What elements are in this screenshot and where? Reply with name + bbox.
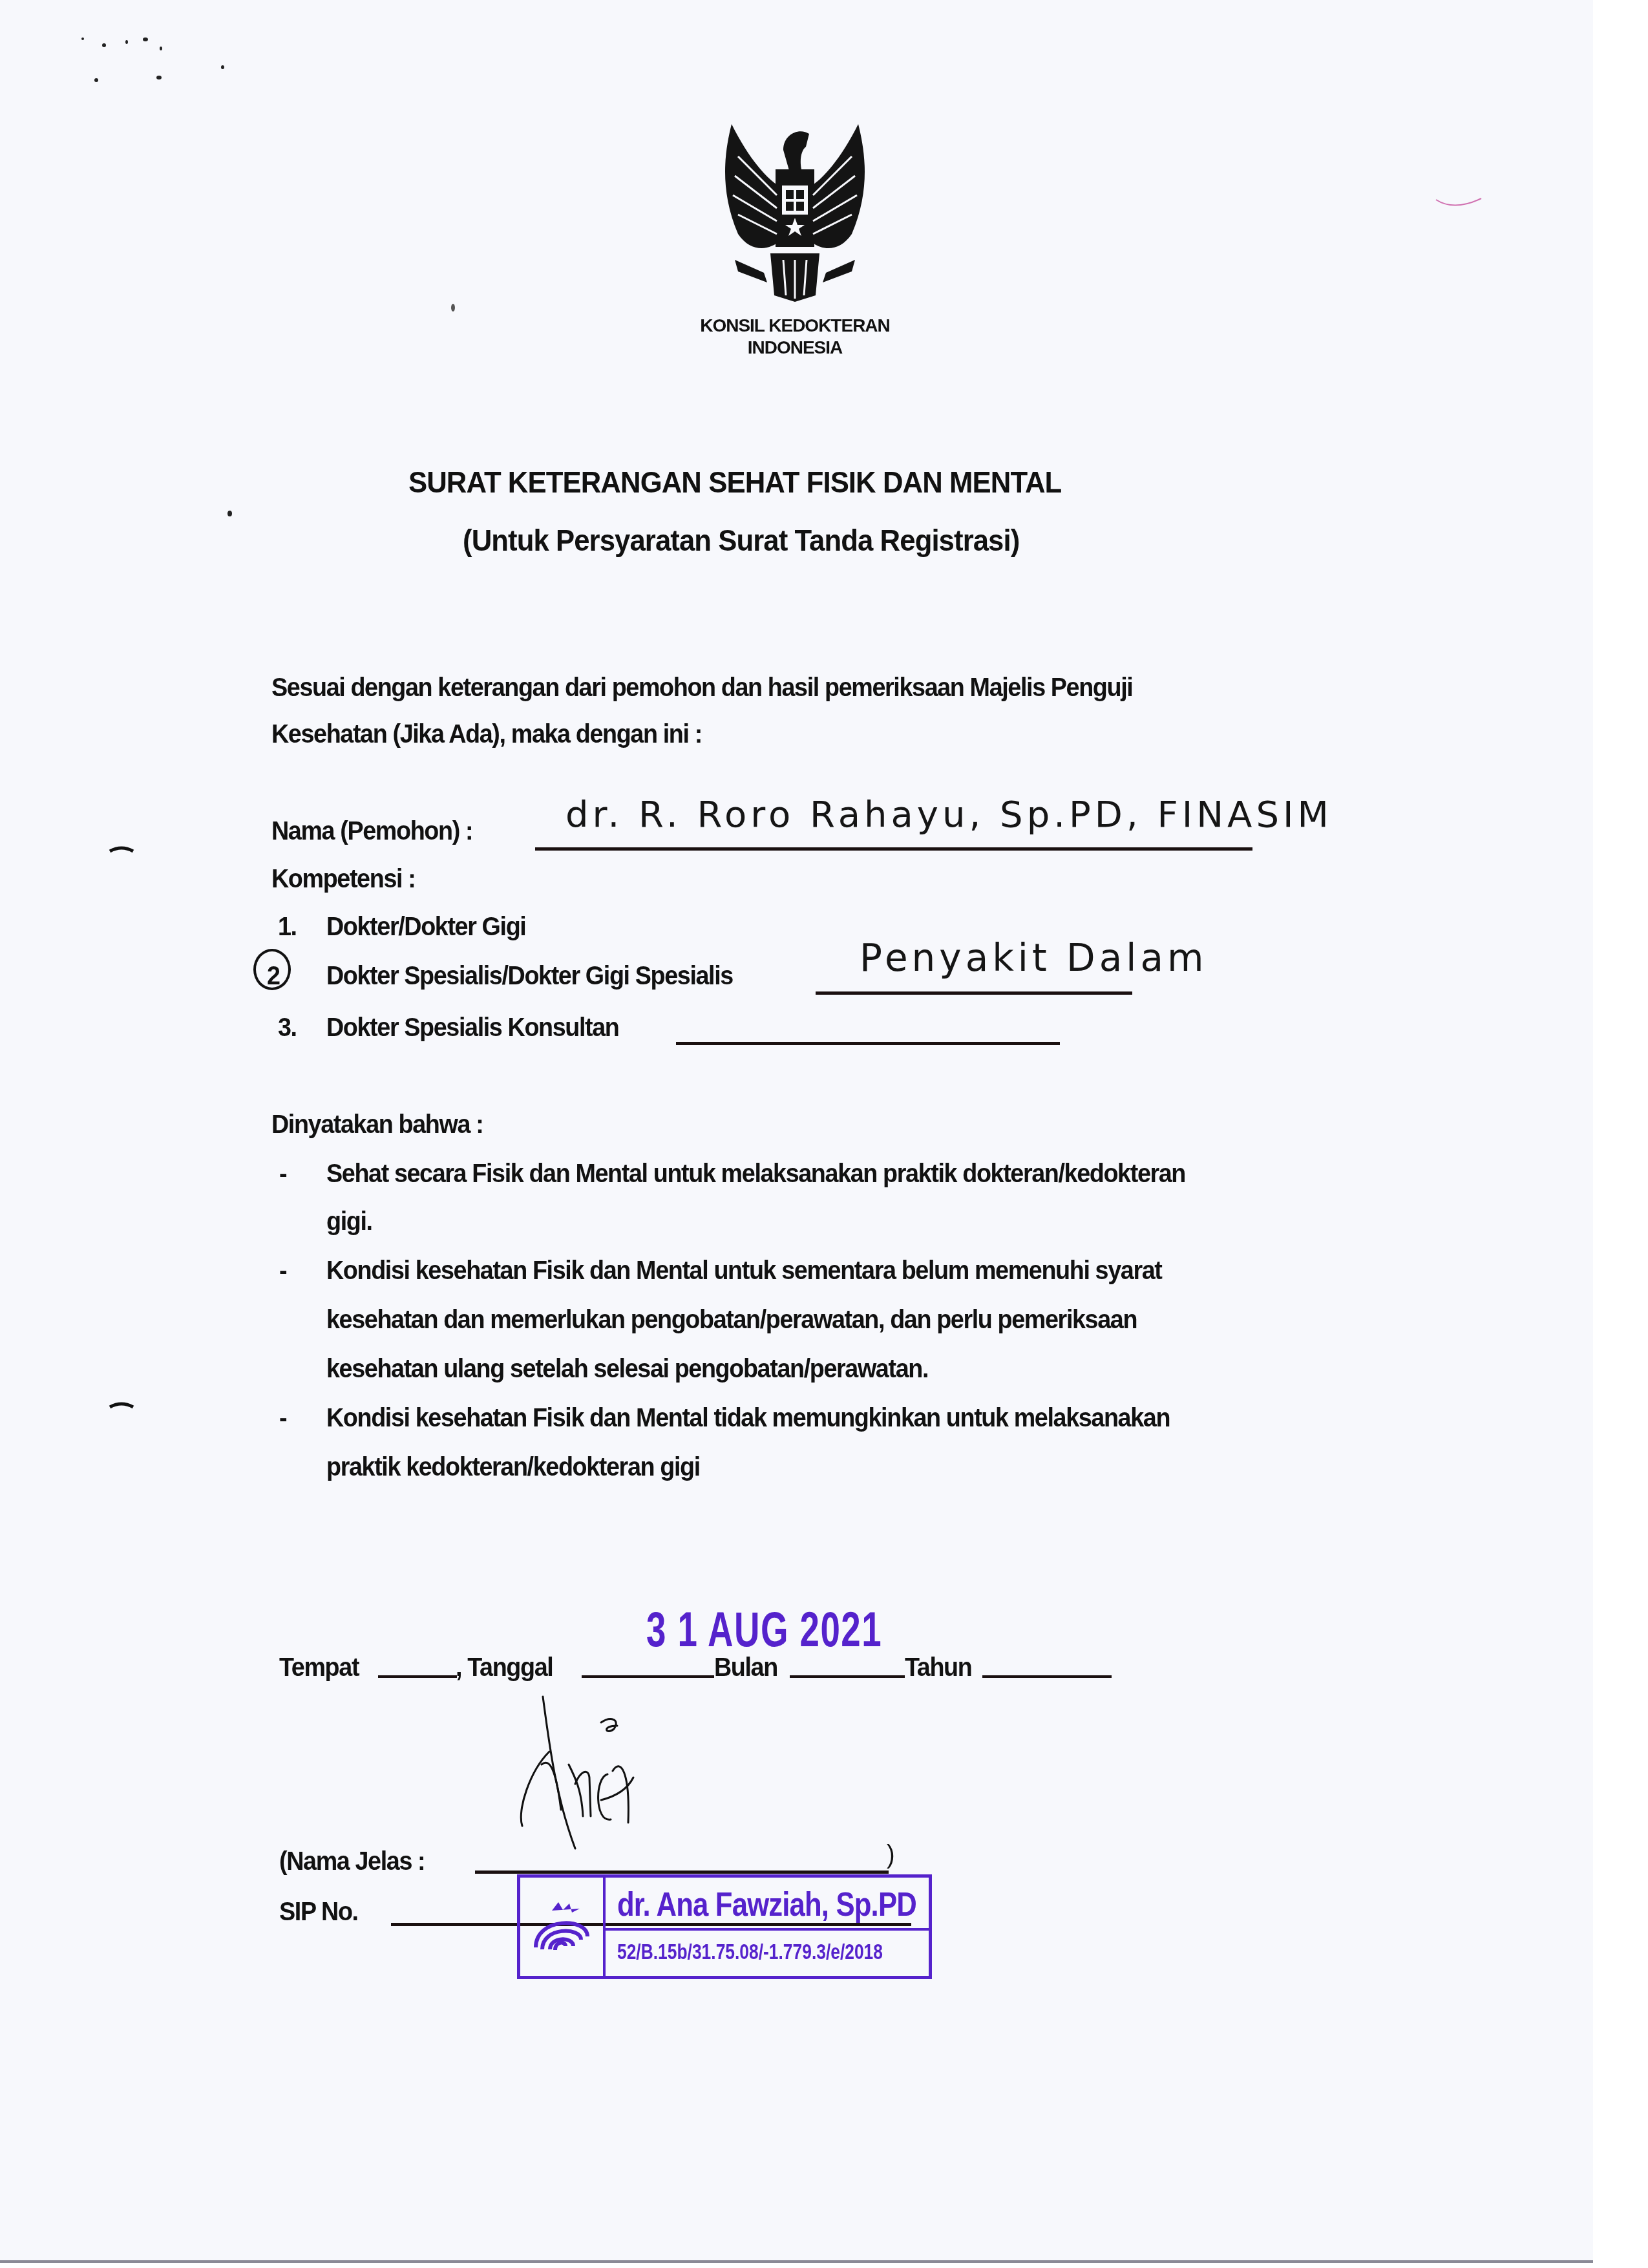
year-underline bbox=[982, 1675, 1112, 1678]
applicant-label: Nama (Pemohon) : bbox=[271, 816, 472, 846]
scan-speck bbox=[102, 43, 106, 47]
competence-2-label: Dokter Spesialis/Dokter Gigi Spesialis bbox=[326, 960, 733, 991]
bullet: - bbox=[279, 1255, 286, 1286]
statement-2-line-3: kesehatan ulang setelah selesai pengobat… bbox=[326, 1353, 928, 1384]
competence-1-number: 1. bbox=[278, 911, 297, 942]
margin-mark bbox=[109, 843, 136, 854]
applicant-name-handwritten[interactable]: dr. R. Roro Rahayu, Sp.PD, FINASIM bbox=[565, 794, 1333, 836]
scan-speck bbox=[125, 40, 128, 44]
statement-label: Dinyatakan bahwa : bbox=[271, 1109, 483, 1139]
scan-speck bbox=[143, 37, 148, 41]
scan-speck bbox=[81, 37, 84, 40]
date-label: , Tanggal bbox=[456, 1652, 553, 1682]
rainbow-arcs-logo-icon bbox=[529, 1901, 594, 1953]
intro-line-2: Kesehatan (Jika Ada), maka dengan ini : bbox=[271, 719, 702, 749]
specialty-handwritten[interactable]: Penyakit Dalam bbox=[860, 936, 1207, 980]
date-stamp: 3 1 AUG 2021 bbox=[646, 1602, 882, 1658]
scan-speck bbox=[156, 76, 162, 79]
competence-2-number: 2 bbox=[267, 960, 280, 991]
scan-speck bbox=[160, 47, 162, 50]
org-name-line2: INDONESIA bbox=[692, 337, 898, 358]
stamp-divider bbox=[603, 1878, 606, 1976]
consultant-underline bbox=[676, 1042, 1060, 1045]
statement-1-line-1: Sehat secara Fisik dan Mental untuk mela… bbox=[326, 1158, 1185, 1189]
doctor-stamp: dr. Ana Fawziah, Sp.PD 52/B.15b/31.75.08… bbox=[517, 1874, 932, 1979]
org-name-line1: KONSIL KEDOKTERAN bbox=[692, 315, 898, 336]
competence-3-label: Dokter Spesialis Konsultan bbox=[326, 1012, 619, 1043]
scan-speck bbox=[94, 78, 98, 82]
statement-2-line-1: Kondisi kesehatan Fisik dan Mental untuk… bbox=[326, 1255, 1161, 1286]
margin-mark bbox=[109, 1399, 136, 1410]
place-underline bbox=[378, 1675, 457, 1678]
bullet: - bbox=[279, 1158, 286, 1189]
place-label: Tempat bbox=[279, 1652, 359, 1682]
competence-1-label: Dokter/Dokter Gigi bbox=[326, 911, 525, 942]
pink-pen-mark bbox=[1435, 197, 1486, 213]
applicant-name-underline bbox=[535, 847, 1252, 851]
year-label: Tahun bbox=[905, 1652, 971, 1682]
statement-3-line-1: Kondisi kesehatan Fisik dan Mental tidak… bbox=[326, 1403, 1170, 1433]
document-subtitle: (Untuk Persyaratan Surat Tanda Registras… bbox=[463, 522, 1019, 558]
intro-line-1: Sesuai dengan keterangan dari pemohon da… bbox=[271, 672, 1132, 703]
full-name-close-paren: ) bbox=[887, 1839, 894, 1870]
document-page: KONSIL KEDOKTERAN INDONESIA SURAT KETERA… bbox=[0, 0, 1593, 2263]
scan-speck bbox=[227, 511, 232, 516]
full-name-underline bbox=[475, 1871, 889, 1874]
month-underline bbox=[790, 1675, 905, 1678]
stamp-divider bbox=[606, 1928, 929, 1931]
specialty-underline bbox=[816, 991, 1132, 995]
competence-label: Kompetensi : bbox=[271, 864, 415, 894]
handwritten-signature-icon bbox=[504, 1693, 724, 1861]
statement-2-line-2: kesehatan dan memerlukan pengobatan/pera… bbox=[326, 1304, 1137, 1335]
statement-1-line-2: gigi. bbox=[326, 1206, 372, 1236]
bullet: - bbox=[279, 1403, 286, 1433]
statement-3-line-2: praktik kedokteran/kedokteran gigi bbox=[326, 1452, 700, 1482]
scan-speck bbox=[221, 65, 224, 69]
garuda-emblem-icon bbox=[719, 111, 871, 305]
sip-label: SIP No. bbox=[279, 1896, 358, 1927]
competence-3-number: 3. bbox=[278, 1012, 297, 1043]
month-label: Bulan bbox=[714, 1652, 777, 1682]
stamp-doctor-name: dr. Ana Fawziah, Sp.PD bbox=[617, 1885, 916, 1924]
scan-speck bbox=[451, 304, 455, 312]
stamp-sip-number: 52/B.15b/31.75.08/-1.779.3/e/2018 bbox=[617, 1940, 883, 1964]
date-underline bbox=[582, 1675, 714, 1678]
document-title: SURAT KETERANGAN SEHAT FISIK DAN MENTAL bbox=[408, 464, 1061, 500]
full-name-label: (Nama Jelas : bbox=[279, 1846, 425, 1876]
